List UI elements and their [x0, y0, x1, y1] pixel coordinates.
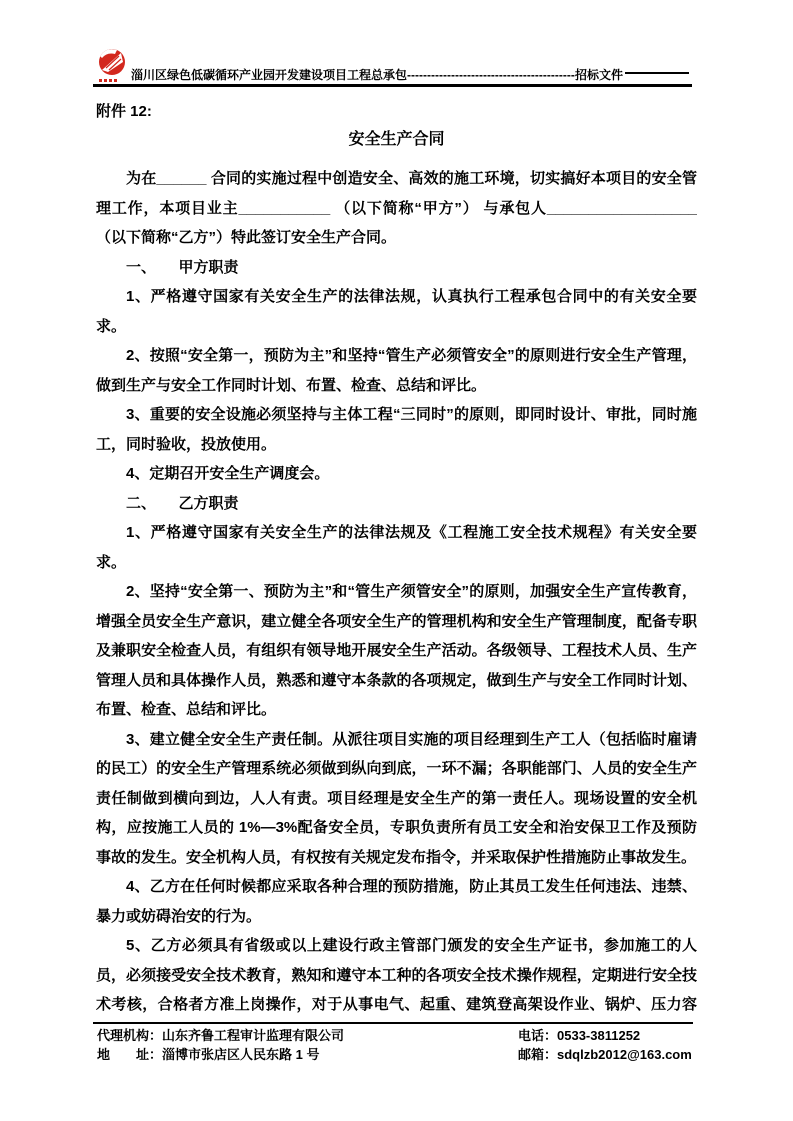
clause-a2: 2、按照“安全第一，预防为主”和坚持“管生产必须管安全”的原则进行安全生产管理，… [96, 341, 697, 400]
footer-email-label: 邮箱： [518, 1047, 557, 1062]
footer-agency-value: 山东齐鲁工程审计监理有限公司 [162, 1028, 344, 1043]
section-heading-party-a-duties: 一、 甲方职责 [96, 253, 697, 283]
clause-b4: 4、乙方在任何时候都应采取各种合理的预防措施，防止其员工发生任何违法、违禁、暴力… [96, 872, 697, 931]
header-doc-type: 招标文件 [575, 66, 623, 83]
footer-address-line: 地 址：淄博市张店区人民东路 1 号 [97, 1046, 344, 1065]
footer-agency-line: 代理机构：山东齐鲁工程审计监理有限公司 [97, 1027, 344, 1046]
footer-address-label: 地 址： [97, 1047, 162, 1062]
document-page: 淄川区绿色低碳循环产业园开发建设项目工程总承包 ----------------… [0, 0, 793, 1121]
section-heading-party-b-duties: 二、 乙方职责 [96, 489, 697, 519]
paragraph-preamble: 为在______ 合同的实施过程中创造安全、高效的施工环境，切实搞好本项目的安全… [96, 164, 697, 253]
page-header: 淄川区绿色低碳循环产业园开发建设项目工程总承包 ----------------… [131, 66, 623, 84]
document-title: 安全生产合同 [96, 128, 697, 152]
header-rule [93, 84, 692, 87]
agency-logo-icon [96, 46, 128, 88]
clause-b3: 3、建立健全安全生产责任制。从派往项目实施的项目经理到生产工人（包括临时雇请的民… [96, 725, 697, 873]
clause-a1: 1、严格遵守国家有关安全生产的法律法规，认真执行工程承包合同中的有关安全要求。 [96, 282, 697, 341]
clause-b5: 5、乙方必须具有省级或以上建设行政主管部门颁发的安全生产证书，参加施工的人员，必… [96, 931, 697, 1016]
footer-agency-label: 代理机构： [97, 1028, 162, 1043]
header-project-title: 淄川区绿色低碳循环产业园开发建设项目工程总承包 [131, 66, 407, 83]
header-short-line [625, 72, 689, 74]
footer-phone-line: 电话：0533-3811252 [518, 1027, 692, 1046]
footer-contact-block: 电话：0533-3811252 邮箱：sdqlzb2012@163.com [518, 1027, 692, 1064]
footer-email-value: sdqlzb2012@163.com [557, 1047, 692, 1062]
attachment-label: 附件 12: [96, 100, 697, 124]
footer-email-line: 邮箱：sdqlzb2012@163.com [518, 1046, 692, 1065]
footer-rule [93, 1022, 693, 1024]
footer-agency-block: 代理机构：山东齐鲁工程审计监理有限公司 地 址：淄博市张店区人民东路 1 号 [97, 1027, 344, 1064]
footer-address-value: 淄博市张店区人民东路 1 号 [162, 1047, 319, 1062]
footer-phone-value: 0533-3811252 [557, 1028, 640, 1043]
header-dash-leader: ----------------------------------------… [407, 68, 575, 82]
clause-b2: 2、坚持“安全第一、预防为主”和“管生产须管安全”的原则，加强安全生产宣传教育，… [96, 577, 697, 725]
document-body: 附件 12: 安全生产合同 为在______ 合同的实施过程中创造安全、高效的施… [96, 100, 697, 1016]
footer-phone-label: 电话： [518, 1028, 557, 1043]
clause-b1: 1、严格遵守国家有关安全生产的法律法规及《工程施工安全技术规程》有关安全要求。 [96, 518, 697, 577]
clause-a3: 3、重要的安全设施必须坚持与主体工程“三同时”的原则，即同时设计、审批，同时施工… [96, 400, 697, 459]
clause-a4: 4、定期召开安全生产调度会。 [96, 459, 697, 489]
